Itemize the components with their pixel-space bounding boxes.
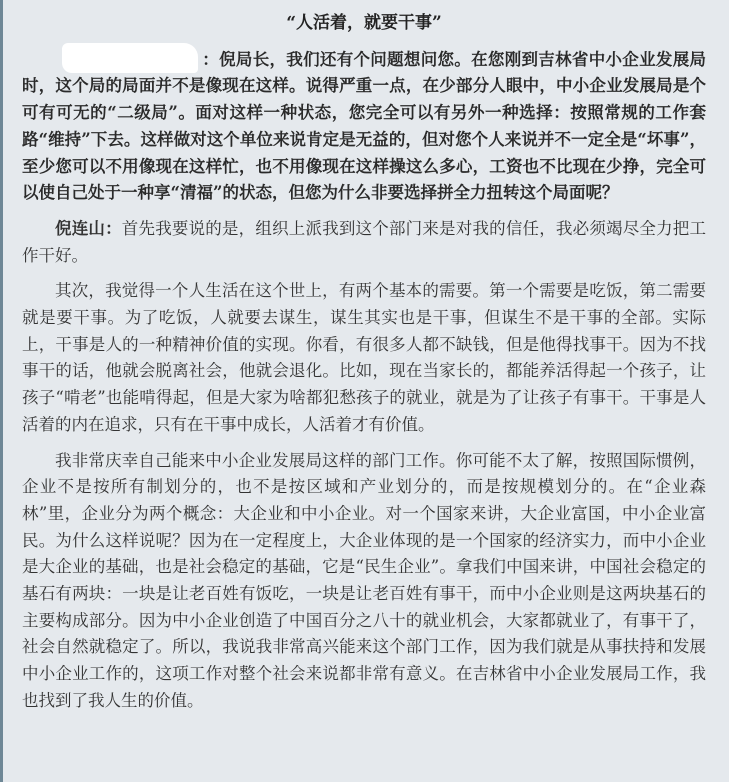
article: “人活着，就要干事” ：倪局长，我们还有个问题想问您。在您刚到吉林省中小企业发展… [22,10,706,724]
left-border [0,0,3,782]
answer-paragraph-1: 倪连山：首先我要说的是，组织上派我到这个部门来是对我的信任，我必须竭尽全力把工作… [22,216,706,269]
answer-text: 首先我要说的是，组织上派我到这个部门来是对我的信任，我必须竭尽全力把工作干好。 [22,219,706,265]
question-paragraph: ：倪局长，我们还有个问题想问您。在您刚到吉林省中小企业发展局时，这个局的局面并不… [22,43,706,207]
answer-paragraph-2: 其次，我觉得一个人生活在这个世上，有两个基本的需要。第一个需要是吃饭，第二需要就… [22,278,706,438]
redacted-speaker [62,43,198,73]
answer-paragraph-3: 我非常庆幸自己能来中小企业发展局这样的部门工作。你可能不太了解，按照国际惯例，企… [22,448,706,715]
article-title: “人活着，就要干事” [22,10,706,37]
question-text: ：倪局长，我们还有个问题想问您。在您刚到吉林省中小企业发展局时，这个局的局面并不… [22,50,706,203]
answer-speaker: 倪连山： [55,219,122,238]
